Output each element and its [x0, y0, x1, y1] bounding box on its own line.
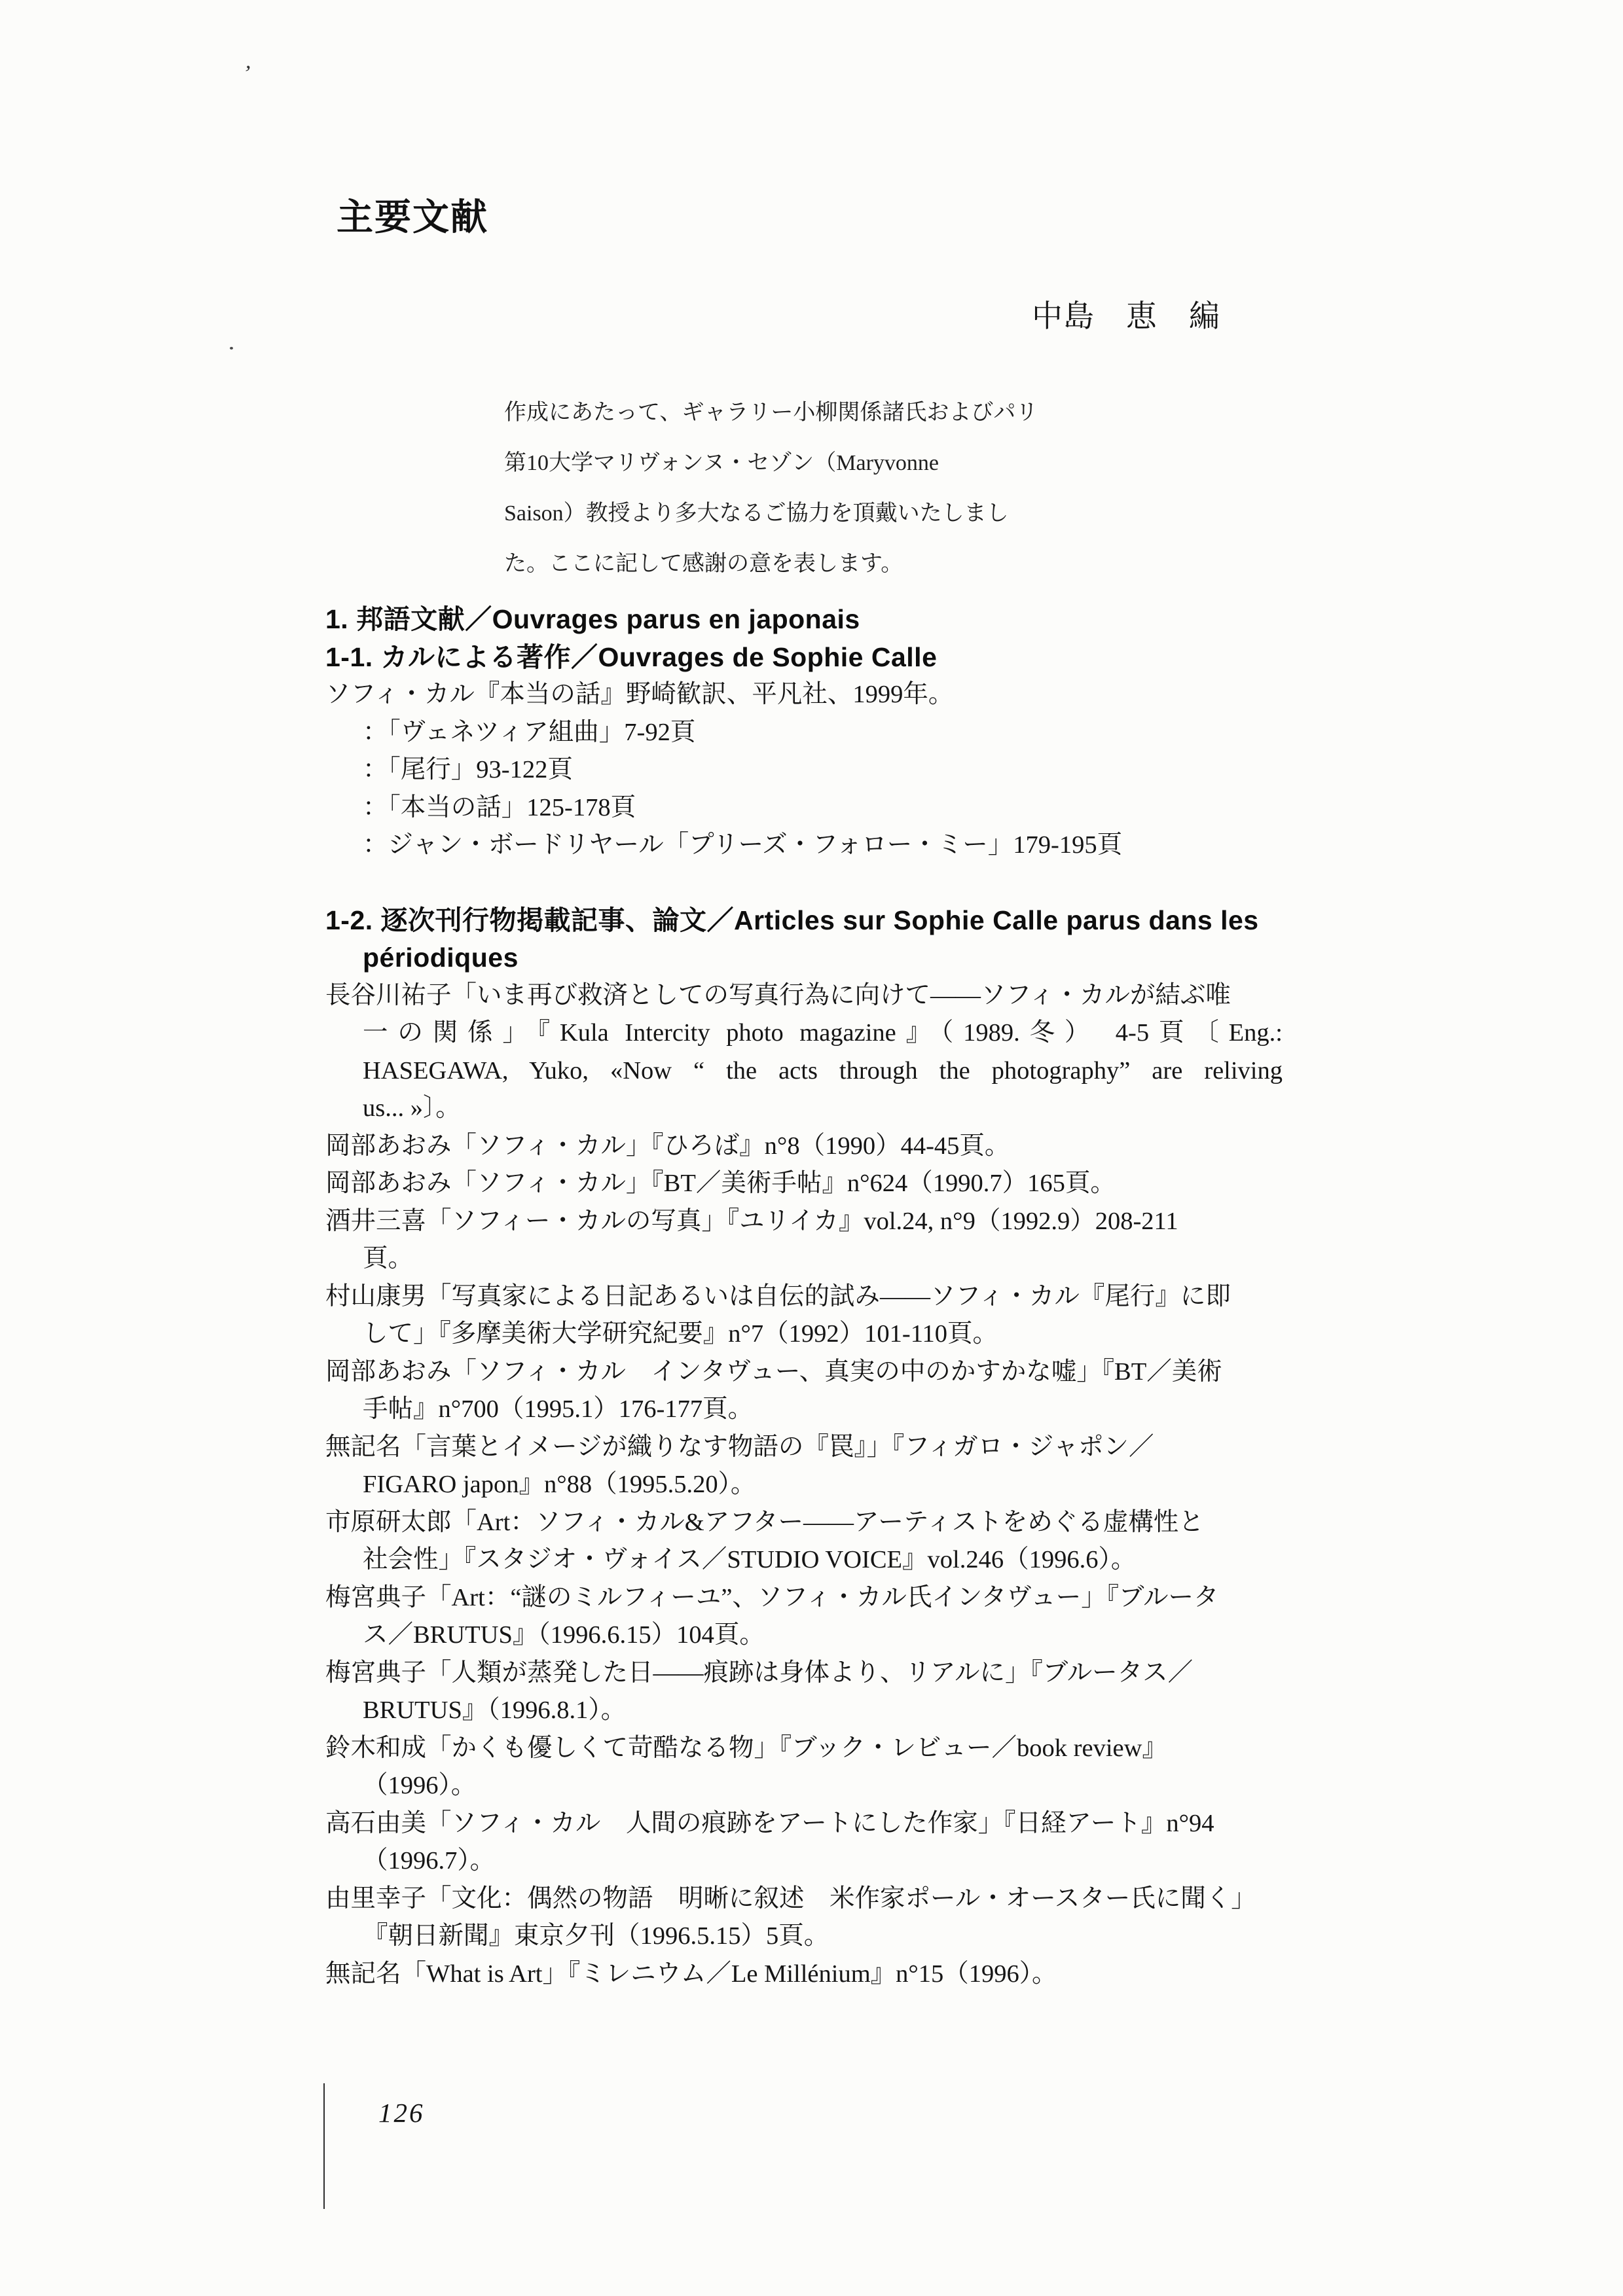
entry-line: ス／BRUTUS』（1996.6.15）104頁。 — [325, 1617, 1283, 1655]
subsection-heading: 1-2. 逐次刊行物掲載記事、論文／Articles sur Sophie Ca… — [325, 902, 1283, 940]
bibliography-entry: ：ジャン・ボードリヤール「プリーズ・フォロー・ミー」179-195頁 — [325, 827, 1283, 865]
bibliography-entry: 市原研太郎「Art：ソフィ・カル&アフター——アーティストをめぐる虚構性と社会性… — [325, 1504, 1283, 1579]
bibliography-entry: ソフィ・カル『本当の話』野崎歓訳、平凡社、1999年。 — [325, 676, 1283, 714]
entry-line: 市原研太郎「Art：ソフィ・カル&アフター——アーティストをめぐる虚構性と — [325, 1504, 1283, 1542]
entry-line: 梅宮典子「人類が蒸発した日——痕跡は身体より、リアルに」『ブルータス／ — [325, 1655, 1283, 1693]
bibliography-entry: 無記名「What is Art」『ミレニウム／Le Millénium』n°15… — [325, 1956, 1283, 1994]
entry-line: 社会性」『スタジオ・ヴォイス／STUDIO VOICE』vol.246（1996… — [325, 1541, 1283, 1579]
scanned-document-page: { "page": { "title": "主要文献", "editor": "… — [0, 0, 1623, 2296]
bibliography-entry: 岡部あおみ「ソフィ・カル」『BT／美術手帖』n°624（1990.7）165頁。 — [325, 1165, 1283, 1203]
bibliography-entry: 梅宮典子「人類が蒸発した日——痕跡は身体より、リアルに」『ブルータス／BRUTU… — [325, 1655, 1283, 1730]
bibliography-entry: 由里幸子「文化：偶然の物語 明晰に叙述 米作家ポール・オースター氏に聞く」『朝日… — [325, 1880, 1283, 1956]
page-title: 主要文献 — [337, 188, 488, 241]
bibliography-entry: 岡部あおみ「ソフィ・カル」『ひろば』n°8（1990）44-45頁。 — [325, 1128, 1283, 1166]
acknowledgment-line: Saison）教授より多大なるご協力を頂戴いたしまし — [504, 488, 1062, 539]
bibliography-entry: 岡部あおみ「ソフィ・カル インタヴュー、真実の中のかすかな嘘」『BT／美術手帖』… — [325, 1354, 1283, 1429]
bibliography-entry: 無記名「言葉とイメージが織りなす物語の『罠』」『フィガロ・ジャポン／FIGARO… — [325, 1429, 1283, 1504]
entry-line: 無記名「言葉とイメージが織りなす物語の『罠』」『フィガロ・ジャポン／ — [325, 1429, 1283, 1467]
bibliography-entry: ：「ヴェネツィア組曲」7-92頁 — [325, 714, 1283, 752]
entry-line: 岡部あおみ「ソフィ・カル インタヴュー、真実の中のかすかな嘘」『BT／美術 — [325, 1354, 1283, 1391]
acknowledgment-line: 第10大学マリヴォンヌ・セゾン（Maryvonne — [504, 438, 1062, 488]
bibliography-entry: 鈴木和成「かくも優しくて苛酷なる物」『ブック・レビュー／book review』… — [325, 1730, 1283, 1805]
entry-line: us... »〕。 — [325, 1090, 1283, 1128]
entry-line: して」『多摩美術大学研究紀要』n°7（1992）101-110頁。 — [325, 1316, 1283, 1354]
entry-line: 由里幸子「文化：偶然の物語 明晰に叙述 米作家ポール・オースター氏に聞く」 — [325, 1880, 1283, 1918]
editor-credit: 中島 恵 編 — [1032, 292, 1220, 336]
entry-line: 長谷川祐子「いま再び救済としての写真行為に向けて——ソフィ・カルが結ぶ唯 — [325, 977, 1283, 1015]
scan-artifact-tick: ’ — [242, 61, 253, 86]
entry-line: 一の関係」『Kula Intercity photo magazine』（198… — [325, 1014, 1283, 1052]
entry-line: 頁。 — [325, 1240, 1283, 1278]
acknowledgment-line: た。ここに記して感謝の意を表します。 — [504, 539, 1062, 589]
entry-line: （1996）。 — [325, 1767, 1283, 1805]
bibliography: 1. 邦語文献／Ouvrages parus en japonais1-1. カ… — [325, 601, 1283, 1993]
scan-artifact-dot — [230, 347, 233, 350]
footer-rule — [323, 2083, 325, 2209]
entry-line: 村山康男「写真家による日記あるいは自伝的試み——ソフィ・カル『尾行』に即 — [325, 1278, 1283, 1316]
bibliography-entry: 酒井三喜「ソフィー・カルの写真」『ユリイカ』vol.24, n°9（1992.9… — [325, 1203, 1283, 1278]
entry-line: ：「本当の話」125-178頁 — [325, 789, 1283, 827]
page-number: 126 — [378, 2097, 425, 2128]
bibliography-entry: 村山康男「写真家による日記あるいは自伝的試み——ソフィ・カル『尾行』に即して」『… — [325, 1278, 1283, 1354]
entry-line: 『朝日新聞』東京夕刊（1996.5.15）5頁。 — [325, 1918, 1283, 1956]
entry-line: FIGARO japon』n°88（1995.5.20）。 — [325, 1466, 1283, 1504]
acknowledgment-line: 作成にあたって、ギャラリー小柳関係諸氏およびパリ — [504, 387, 1062, 438]
section-heading: 1. 邦語文献／Ouvrages parus en japonais — [325, 601, 1283, 639]
bibliography-entry: ：「尾行」93-122頁 — [325, 751, 1283, 789]
entry-line: 手帖』n°700（1995.1）176-177頁。 — [325, 1391, 1283, 1429]
entry-line: ：「尾行」93-122頁 — [325, 751, 1283, 789]
entry-line: 無記名「What is Art」『ミレニウム／Le Millénium』n°15… — [325, 1956, 1283, 1994]
entry-line: ソフィ・カル『本当の話』野崎歓訳、平凡社、1999年。 — [325, 676, 1283, 714]
entry-line: BRUTUS』（1996.8.1）。 — [325, 1692, 1283, 1730]
bibliography-entry: 梅宮典子「Art：“謎のミルフィーユ”、ソフィ・カル氏インタヴュー」『ブルータス… — [325, 1579, 1283, 1655]
entry-line: 酒井三喜「ソフィー・カルの写真」『ユリイカ』vol.24, n°9（1992.9… — [325, 1203, 1283, 1241]
subsection-heading: 1-1. カルによる著作／Ouvrages de Sophie Calle — [325, 639, 1283, 677]
entry-line: （1996.7）。 — [325, 1842, 1283, 1880]
entry-line: ：「ヴェネツィア組曲」7-92頁 — [325, 714, 1283, 752]
entry-line: ：ジャン・ボードリヤール「プリーズ・フォロー・ミー」179-195頁 — [325, 827, 1283, 865]
subsection: 1-1. カルによる著作／Ouvrages de Sophie Calleソフィ… — [325, 639, 1283, 865]
subsection-heading-line2: périodiques — [325, 939, 1283, 977]
entry-line: 梅宮典子「Art：“謎のミルフィーユ”、ソフィ・カル氏インタヴュー」『ブルータ — [325, 1579, 1283, 1617]
entry-line: 岡部あおみ「ソフィ・カル」『ひろば』n°8（1990）44-45頁。 — [325, 1128, 1283, 1166]
bibliography-entry: 長谷川祐子「いま再び救済としての写真行為に向けて——ソフィ・カルが結ぶ唯一の関係… — [325, 977, 1283, 1128]
entry-line: 岡部あおみ「ソフィ・カル」『BT／美術手帖』n°624（1990.7）165頁。 — [325, 1165, 1283, 1203]
entry-line: HASEGAWA, Yuko, «Now “ the acts through … — [325, 1052, 1283, 1090]
subsection: 1-2. 逐次刊行物掲載記事、論文／Articles sur Sophie Ca… — [325, 902, 1283, 1994]
entry-line: 高石由美「ソフィ・カル 人間の痕跡をアートにした作家」『日経アート』n°94 — [325, 1805, 1283, 1843]
bibliography-entry: 高石由美「ソフィ・カル 人間の痕跡をアートにした作家」『日経アート』n°94（1… — [325, 1805, 1283, 1880]
entry-line: 鈴木和成「かくも優しくて苛酷なる物」『ブック・レビュー／book review』 — [325, 1730, 1283, 1768]
bibliography-entry: ：「本当の話」125-178頁 — [325, 789, 1283, 827]
acknowledgment: 作成にあたって、ギャラリー小柳関係諸氏およびパリ第10大学マリヴォンヌ・セゾン（… — [504, 387, 1062, 589]
